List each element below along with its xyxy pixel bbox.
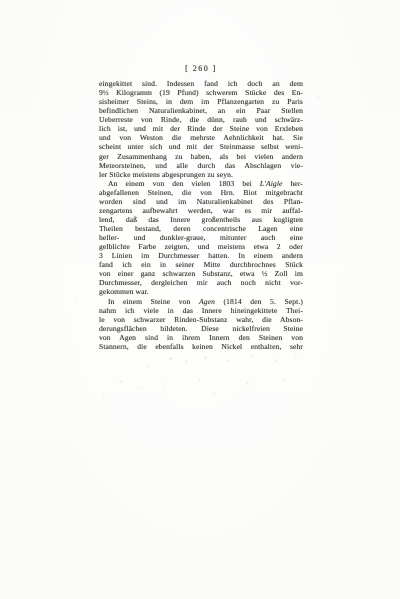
paragraph: eingekittet sind. Indessen fand ich doch… [99, 79, 303, 179]
text-line: derungsflächen bildeten. Diese nickelfre… [99, 324, 303, 333]
scan-noise-speckles [0, 0, 1, 1]
text-line: gelblichte Farbe zeigten, und meistens e… [99, 242, 303, 251]
text-line: Theilen bestand, deren concentrische Lag… [99, 224, 303, 233]
page-number-header: [ 260 ] [99, 64, 303, 74]
text-line: ger Zusammenhang zu haben, als bei viele… [99, 152, 303, 161]
paragraph: In einem Steine von Agen (1814 den 5. Se… [99, 297, 303, 351]
text-line: lend, daß das Innere großentheils aus ku… [99, 215, 303, 224]
text-line: Stannern, die ebenfalls keinen Nickel en… [99, 342, 303, 351]
text-line: worden sind und im Naturalienkabinet des… [99, 197, 303, 206]
text-line: nahm ich viele in das Innere hineingekit… [99, 306, 303, 315]
text-line: le von schwarzer Rinden-Substanz wahr, d… [99, 315, 303, 324]
text-line: sisheimer Steins, in dem im Pflanzengart… [99, 97, 303, 106]
text-line: fand ich ein in seiner Mitte durchbrochn… [99, 260, 303, 269]
text-line: 3 Linien im Durchmesser hatten. In einem… [99, 251, 303, 260]
text-line: befindlichen Naturalienkabinet, an ein P… [99, 106, 303, 115]
text-line: von einer ganz schwarzen Substanz, etwa … [99, 269, 303, 278]
text-line: scheint unter sich und mit der Steinmass… [99, 142, 303, 151]
text-line: gekommen war. [99, 287, 303, 296]
text-line: lich ist, und mit der Rinde der Steine v… [99, 124, 303, 133]
text-line: abgefallenen Steinen, die von Hrn. Biot … [99, 188, 303, 197]
text-line: ler Stücke meistens abgesprungen zu seyn… [99, 170, 303, 179]
text-line: zengartens aufbewahrt werden, war es mir… [99, 206, 303, 215]
text-line: 9½ Kilogramm (19 Pfund) schwerem Stücke … [99, 88, 303, 97]
text-block: [ 260 ] eingekittet sind. Indessen fand … [99, 64, 303, 351]
text-line: eingekittet sind. Indessen fand ich doch… [99, 79, 303, 88]
text-line: und von Weston die mehrste Aehnlichkeit … [99, 133, 303, 142]
text-line: Meteorsteinen, und alle durch das Abschl… [99, 161, 303, 170]
text-line: An einem von den vielen 1803 bei L'Aigle… [99, 179, 303, 188]
text-line: In einem Steine von Agen (1814 den 5. Se… [99, 297, 303, 306]
scanned-book-page: [ 260 ] eingekittet sind. Indessen fand … [0, 0, 400, 599]
text-line: heller- und dunkler-graue, mitunter auch… [99, 233, 303, 242]
text-line: Ueberreste von Rinde, die dünn, rauh und… [99, 115, 303, 124]
text-line: von Agen sind in ihrem Innern den Steine… [99, 333, 303, 342]
text-line: Durchmesser, dergleichen mir auch noch n… [99, 278, 303, 287]
paragraph: An einem von den vielen 1803 bei L'Aigle… [99, 179, 303, 297]
